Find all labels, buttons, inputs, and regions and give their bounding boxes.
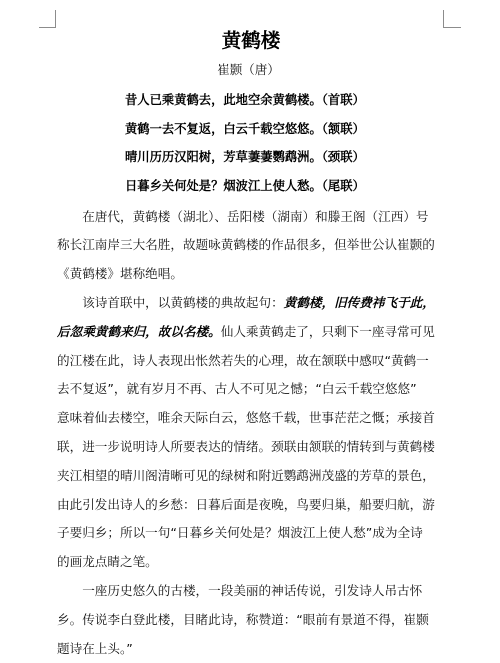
text-line: 该诗首联中，以黄鹤楼的典故起句：黄鹤楼，旧传费祎飞于此， bbox=[57, 289, 437, 318]
poem-verse: 昔人已乘黄鹤去，此地空余黄鹤楼。 bbox=[125, 93, 322, 107]
poem-block: 昔人已乘黄鹤去，此地空余黄鹤楼。（首联） 黄鹤一去不复返，白云千载空悠悠。（颔联… bbox=[125, 86, 365, 201]
text-line: 由此引发出诗人的乡愁：日暮后面是夜晚，鸟要归巢，船要归航，游 bbox=[57, 491, 437, 520]
corner-mark-top-right-horizontal bbox=[443, 27, 461, 28]
emphasized-quote: 后忽乘黄鹤来归，故以名楼。 bbox=[57, 324, 221, 339]
text-line: 的画龙点睛之笔。 bbox=[57, 548, 437, 577]
document-title: 黄鹤楼 bbox=[0, 29, 500, 53]
corner-mark-top-left-horizontal bbox=[39, 27, 56, 28]
text-line: 子要归乡；所以一句“日暮乡关何处是？烟波江上使人愁”成为全诗 bbox=[57, 519, 437, 548]
poem-line: 黄鹤一去不复返，白云千载空悠悠。（颔联） bbox=[125, 115, 365, 144]
poem-verse: 晴川历历汉阳树，芳草萋萋鹦鹉洲。 bbox=[125, 150, 322, 164]
text-line: 《黄鹤楼》堪称绝唱。 bbox=[57, 260, 437, 289]
poem-verse: 日暮乡关何处是？烟波江上使人愁。 bbox=[125, 179, 322, 193]
text-line: 联，进一步说明诗人所要表达的情绪。颈联由颔联的情转到与黄鹤楼 bbox=[57, 433, 437, 462]
text-line: 乡。传说李白登此楼，目睹此诗，称赞道：“眼前有景道不得，崔颢 bbox=[57, 606, 437, 635]
text-line: 去不复返”，就有岁月不再、古人不可见之憾；“白云千载空悠悠” bbox=[57, 375, 437, 404]
poem-line: 昔人已乘黄鹤去，此地空余黄鹤楼。（首联） bbox=[125, 86, 365, 115]
text-segment: 该诗首联中，以黄鹤楼的典故起句： bbox=[82, 295, 284, 310]
text-segment: 仙人乘黄鹤走了，只剩下一座寻常可见 bbox=[221, 324, 435, 339]
text-line: 后忽乘黄鹤来归，故以名楼。仙人乘黄鹤走了，只剩下一座寻常可见 bbox=[57, 318, 437, 347]
commentary-body: 在唐代，黄鹤楼（湖北）、岳阳楼（湖南）和滕王阁（江西）号 称长江南岸三大名胜，故… bbox=[57, 203, 437, 663]
text-line: 的江楼在此，诗人表现出怅然若失的心理，故在颔联中感叹“黄鹤一 bbox=[57, 347, 437, 376]
couplet-label: （尾联） bbox=[322, 179, 365, 193]
poem-line: 日暮乡关何处是？烟波江上使人愁。（尾联） bbox=[125, 172, 365, 201]
couplet-label: （颔联） bbox=[322, 122, 365, 136]
couplet-label: （颈联） bbox=[322, 150, 365, 164]
poem-line: 晴川历历汉阳树，芳草萋萋鹦鹉洲。（颈联） bbox=[125, 143, 365, 172]
poem-verse: 黄鹤一去不复返，白云千载空悠悠。 bbox=[125, 122, 322, 136]
document-page: 黄鹤楼 崔颢（唐） 昔人已乘黄鹤去，此地空余黄鹤楼。（首联） 黄鹤一去不复返，白… bbox=[0, 0, 500, 663]
corner-mark-top-right-vertical bbox=[443, 10, 444, 28]
text-line: 一座历史悠久的古楼，一段美丽的神话传说，引发诗人吊古怀 bbox=[57, 577, 437, 606]
text-line: 夹江相望的晴川阁清晰可见的绿树和附近鹦鹉洲茂盛的芳草的景色， bbox=[57, 462, 437, 491]
text-line: 意味着仙去楼空，唯余天际白云，悠悠千载，世事茫茫之慨；承接首 bbox=[57, 404, 437, 433]
paragraph: 该诗首联中，以黄鹤楼的典故起句：黄鹤楼，旧传费祎飞于此， 后忽乘黄鹤来归，故以名… bbox=[57, 289, 437, 577]
paragraph: 在唐代，黄鹤楼（湖北）、岳阳楼（湖南）和滕王阁（江西）号 称长江南岸三大名胜，故… bbox=[57, 203, 437, 289]
couplet-label: （首联） bbox=[322, 93, 365, 107]
emphasized-quote: 黄鹤楼，旧传费祎飞于此， bbox=[284, 295, 435, 310]
text-line: 题诗在上头。” bbox=[57, 635, 437, 663]
paragraph: 一座历史悠久的古楼，一段美丽的神话传说，引发诗人吊古怀 乡。传说李白登此楼，目睹… bbox=[57, 577, 437, 663]
corner-mark-top-left-vertical bbox=[55, 10, 56, 28]
poem-author: 崔颢（唐） bbox=[0, 60, 497, 80]
text-line: 称长江南岸三大名胜，故题咏黄鹤楼的作品很多，但举世公认崔颢的 bbox=[57, 231, 437, 260]
text-line: 在唐代，黄鹤楼（湖北）、岳阳楼（湖南）和滕王阁（江西）号 bbox=[57, 203, 437, 232]
